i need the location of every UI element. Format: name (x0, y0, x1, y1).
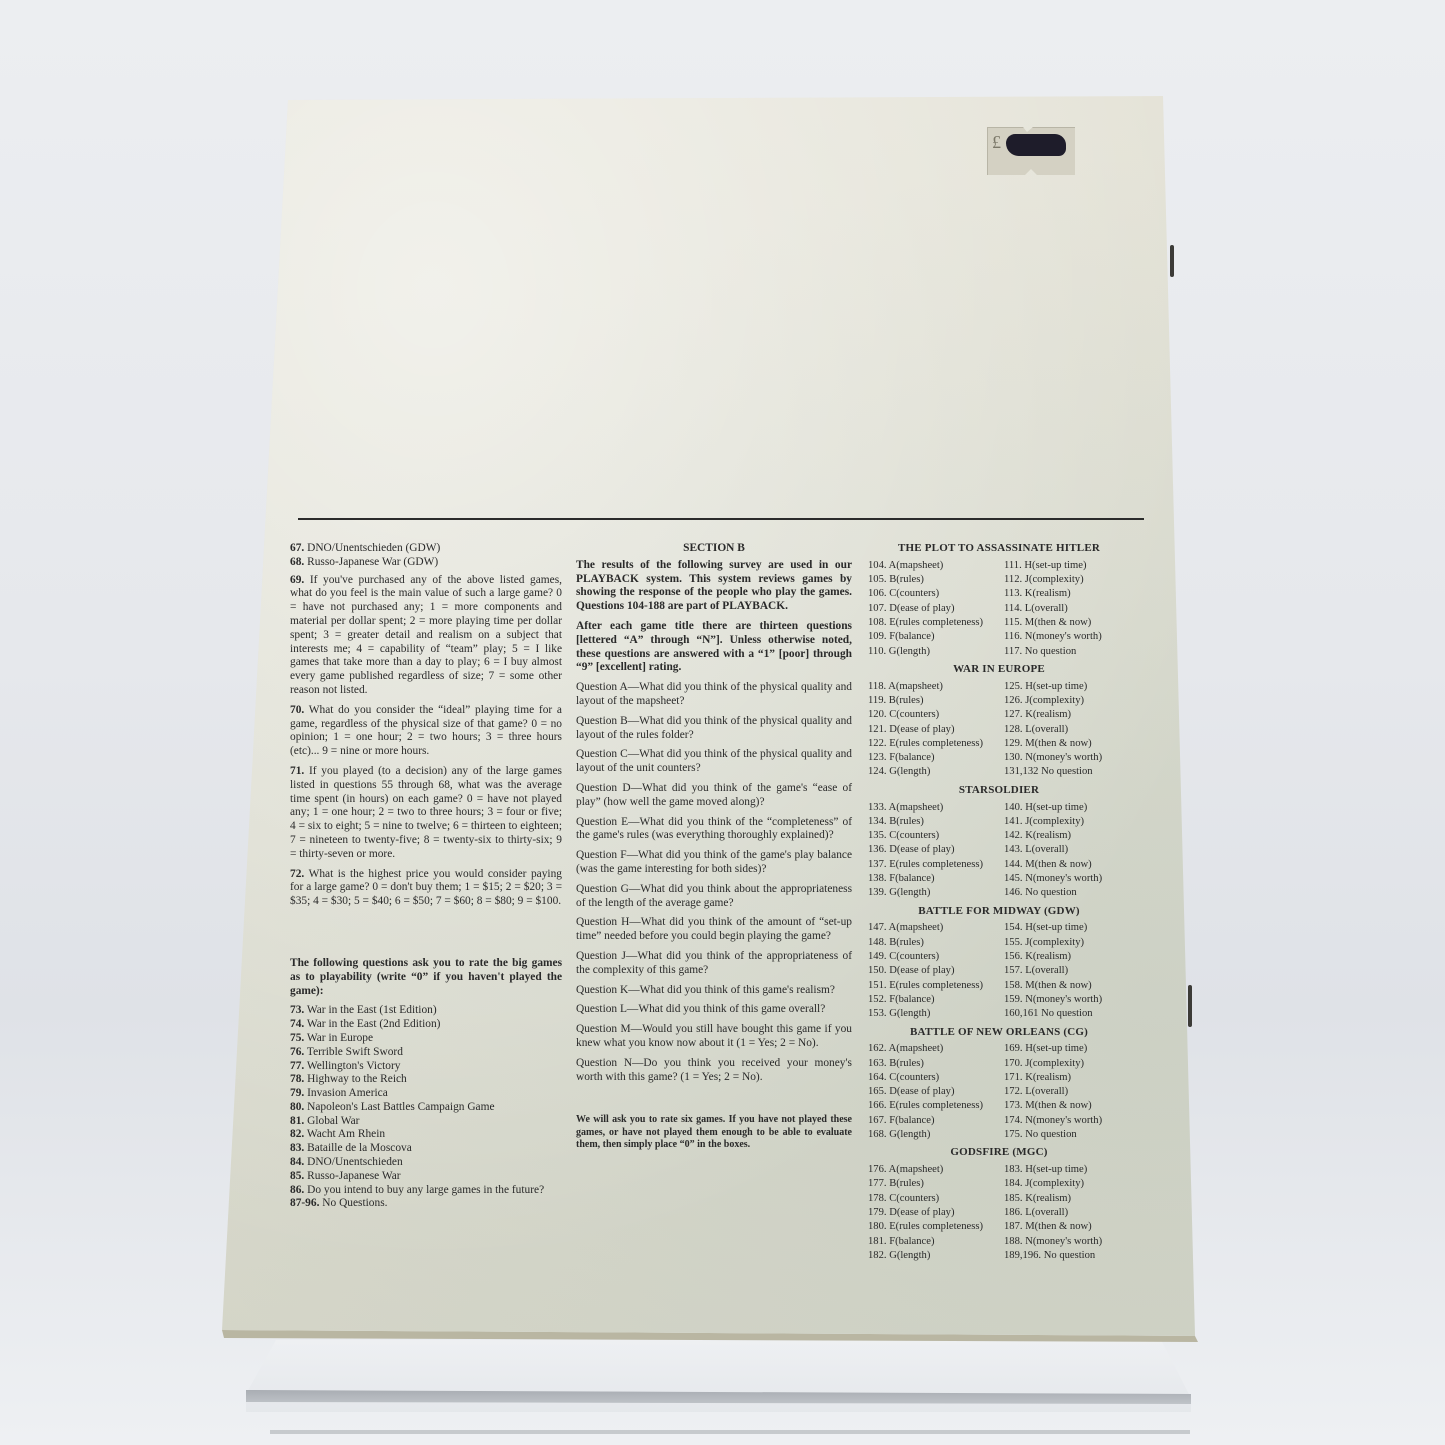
question-cell: 184. J(complexity) (1004, 1177, 1130, 1191)
question-cell: 182. G(length) (868, 1249, 1004, 1263)
list-item: 76. Terrible Swift Sword (290, 1046, 562, 1060)
question-cell: 175. No question (1004, 1128, 1130, 1142)
list-item: 79. Invasion America (290, 1087, 562, 1101)
question-cell: 143. L(overall) (1004, 843, 1130, 857)
question-cell: 137. E(rules completeness) (868, 858, 1004, 872)
question-cell: 121. D(ease of play) (868, 723, 1004, 737)
list-item: 87-96. No Questions. (290, 1197, 562, 1211)
question-cell: 156. K(realism) (1004, 950, 1130, 964)
question-cell: 158. M(then & now) (1004, 979, 1130, 993)
question-cell: 125. H(set-up time) (1004, 680, 1130, 694)
game-block-war-in-europe: WAR IN EUROPE 118. A(mapsheet)125. H(set… (868, 663, 1130, 780)
list-item: 68. Russo-Japanese War (GDW) (290, 556, 562, 570)
list-item: 83. Bataille de la Moscova (290, 1142, 562, 1156)
question-cell: 107. D(ease of play) (868, 602, 1004, 616)
question-cell: 104. A(mapsheet) (868, 559, 1004, 573)
question-cell: 128. L(overall) (1004, 723, 1130, 737)
list-item: 78. Highway to the Reich (290, 1073, 562, 1087)
question-86: 86. Do you intend to buy any large games… (290, 1184, 562, 1198)
list-item: 84. DNO/Unentschieden (290, 1156, 562, 1170)
question-cell: 168. G(length) (868, 1128, 1004, 1142)
question-cell: 153. G(length) (868, 1007, 1004, 1021)
question-cell: 187. M(then & now) (1004, 1220, 1130, 1234)
question-cell: 159. N(money's worth) (1004, 993, 1130, 1007)
question-cell: 185. K(realism) (1004, 1192, 1130, 1206)
question-cell: 110. G(length) (868, 645, 1004, 659)
question-cell: 165. D(ease of play) (868, 1085, 1004, 1099)
question-cell: 127. K(realism) (1004, 708, 1130, 722)
right-column: THE PLOT TO ASSASSINATE HITLER 104. A(ma… (868, 542, 1130, 1263)
game-block-godsfire: GODSFIRE (MGC) 176. A(mapsheet)183. H(se… (868, 1146, 1130, 1263)
question-70: 70. What do you consider the “ideal” pla… (290, 704, 562, 759)
question-cell: 146. No question (1004, 886, 1130, 900)
question-cell: 147. A(mapsheet) (868, 921, 1004, 935)
games-list: 73. War in the East (1st Edition) 74. Wa… (290, 1004, 562, 1211)
question-cell: 130. N(money's worth) (1004, 751, 1130, 765)
question-cell: 150. D(ease of play) (868, 964, 1004, 978)
question-cell: 106. C(counters) (868, 587, 1004, 601)
question-cell: 114. L(overall) (1004, 602, 1130, 616)
question-cell: 117. No question (1004, 645, 1130, 659)
rating-intro: The following questions ask you to rate … (290, 957, 562, 998)
question-j: Question J—What did you think of the app… (576, 950, 852, 978)
question-d: Question D—What did you think of the gam… (576, 782, 852, 810)
question-g: Question G—What did you think about the … (576, 883, 852, 911)
game-title: BATTLE FOR MIDWAY (GDW) (868, 905, 1130, 919)
question-cell: 123. F(balance) (868, 751, 1004, 765)
question-f: Question F—What did you think of the gam… (576, 849, 852, 877)
question-cell: 135. C(counters) (868, 829, 1004, 843)
left-column: 67. DNO/Unentschieden (GDW) 68. Russo-Ja… (290, 542, 562, 1211)
question-cell: 172. L(overall) (1004, 1085, 1130, 1099)
game-block-battle-for-midway: BATTLE FOR MIDWAY (GDW) 147. A(mapsheet)… (868, 905, 1130, 1022)
question-cell: 169. H(set-up time) (1004, 1042, 1130, 1056)
question-cell: 160,161 No question (1004, 1007, 1130, 1021)
section-b-title: SECTION B (576, 542, 852, 556)
section-b-instructions: After each game title there are thirteen… (576, 620, 852, 675)
question-cell: 183. H(set-up time) (1004, 1163, 1130, 1177)
game-block-starsoldier: STARSOLDIER 133. A(mapsheet)140. H(set-u… (868, 784, 1130, 901)
question-k: Question K—What did you think of this ga… (576, 984, 852, 998)
question-cell: 164. C(counters) (868, 1071, 1004, 1085)
question-cell: 163. B(rules) (868, 1057, 1004, 1071)
question-cell: 115. M(then & now) (1004, 616, 1130, 630)
question-cell: 170. J(complexity) (1004, 1057, 1130, 1071)
question-cell: 179. D(ease of play) (868, 1206, 1004, 1220)
question-72: 72. What is the highest price you would … (290, 868, 562, 909)
game-title: STARSOLDIER (868, 784, 1130, 798)
game-block-battle-of-new-orleans: BATTLE OF NEW ORLEANS (CG) 162. A(mapshe… (868, 1026, 1130, 1143)
list-item: 67. DNO/Unentschieden (GDW) (290, 542, 562, 556)
question-cell: 151. E(rules completeness) (868, 979, 1004, 993)
question-cell: 186. L(overall) (1004, 1206, 1130, 1220)
question-cell: 144. M(then & now) (1004, 858, 1130, 872)
question-cell: 133. A(mapsheet) (868, 801, 1004, 815)
pound-sign: £ (992, 132, 1001, 153)
question-cell: 131,132 No question (1004, 765, 1130, 779)
question-cell: 122. E(rules completeness) (868, 737, 1004, 751)
question-cell: 188. N(money's worth) (1004, 1235, 1130, 1249)
question-cell: 139. G(length) (868, 886, 1004, 900)
question-cell: 154. H(set-up time) (1004, 921, 1130, 935)
game-block-plot-hitler: THE PLOT TO ASSASSINATE HITLER 104. A(ma… (868, 542, 1130, 659)
question-cell: 141. J(complexity) (1004, 815, 1130, 829)
question-e: Question E—What did you think of the “co… (576, 816, 852, 844)
staple-top (1170, 245, 1174, 277)
question-c: Question C—What did you think of the phy… (576, 748, 852, 776)
game-title: GODSFIRE (MGC) (868, 1146, 1130, 1160)
question-cell: 124. G(length) (868, 765, 1004, 779)
list-item: 74. War in the East (2nd Edition) (290, 1018, 562, 1032)
question-cell: 142. K(realism) (1004, 829, 1130, 843)
question-cell: 189,196. No question (1004, 1249, 1130, 1263)
staple-bottom (1188, 985, 1192, 1027)
question-cell: 173. M(then & now) (1004, 1099, 1130, 1113)
question-cell: 113. K(realism) (1004, 587, 1130, 601)
stand-shadow (270, 1430, 1190, 1434)
question-cell: 167. F(balance) (868, 1114, 1004, 1128)
question-cell: 145. N(money's worth) (1004, 872, 1130, 886)
list-item: 81. Global War (290, 1115, 562, 1129)
list-item: 73. War in the East (1st Edition) (290, 1004, 562, 1018)
question-cell: 176. A(mapsheet) (868, 1163, 1004, 1177)
question-b: Question B—What did you think of the phy… (576, 715, 852, 743)
question-cell: 134. B(rules) (868, 815, 1004, 829)
question-n: Question N—Do you think you received you… (576, 1057, 852, 1085)
game-title: THE PLOT TO ASSASSINATE HITLER (868, 542, 1130, 556)
question-cell: 177. B(rules) (868, 1177, 1004, 1191)
question-cell: 118. A(mapsheet) (868, 680, 1004, 694)
question-cell: 126. J(complexity) (1004, 694, 1130, 708)
question-cell: 180. E(rules completeness) (868, 1220, 1004, 1234)
price-sticker: £ (987, 127, 1077, 177)
price-redaction-blot (1006, 134, 1066, 156)
question-cell: 149. C(counters) (868, 950, 1004, 964)
question-a: Question A—What did you think of the phy… (576, 681, 852, 709)
question-h: Question H—What did you think of the amo… (576, 916, 852, 944)
question-cell: 140. H(set-up time) (1004, 801, 1130, 815)
question-cell: 108. E(rules completeness) (868, 616, 1004, 630)
question-71: 71. If you played (to a decision) any of… (290, 765, 562, 862)
game-title: WAR IN EUROPE (868, 663, 1130, 677)
question-cell: 174. N(money's worth) (1004, 1114, 1130, 1128)
question-cell: 129. M(then & now) (1004, 737, 1130, 751)
question-cell: 181. F(balance) (868, 1235, 1004, 1249)
question-cell: 112. J(complexity) (1004, 573, 1130, 587)
question-cell: 155. J(complexity) (1004, 936, 1130, 950)
list-item: 77. Wellington's Victory (290, 1060, 562, 1074)
question-cell: 105. B(rules) (868, 573, 1004, 587)
rate-six-games-note: We will ask you to rate six games. If yo… (576, 1114, 852, 1152)
question-cell: 120. C(counters) (868, 708, 1004, 722)
question-69: 69. If you've purchased any of the above… (290, 574, 562, 698)
question-cell: 166. E(rules completeness) (868, 1099, 1004, 1113)
question-cell: 148. B(rules) (868, 936, 1004, 950)
question-l: Question L—What did you think of this ga… (576, 1003, 852, 1017)
question-cell: 162. A(mapsheet) (868, 1042, 1004, 1056)
horizontal-rule (298, 518, 1144, 520)
list-item: 82. Wacht Am Rhein (290, 1128, 562, 1142)
question-cell: 152. F(balance) (868, 993, 1004, 1007)
question-m: Question M—Would you still have bought t… (576, 1023, 852, 1051)
middle-column: SECTION B The results of the following s… (576, 542, 852, 1158)
question-cell: 157. L(overall) (1004, 964, 1130, 978)
list-item: 75. War in Europe (290, 1032, 562, 1046)
question-cell: 111. H(set-up time) (1004, 559, 1130, 573)
question-cell: 109. F(balance) (868, 630, 1004, 644)
game-title: BATTLE OF NEW ORLEANS (CG) (868, 1026, 1130, 1040)
list-item: 85. Russo-Japanese War (290, 1170, 562, 1184)
section-b-intro: The results of the following survey are … (576, 559, 852, 614)
question-cell: 136. D(ease of play) (868, 843, 1004, 857)
question-cell: 178. C(counters) (868, 1192, 1004, 1206)
list-item: 80. Napoleon's Last Battles Campaign Gam… (290, 1101, 562, 1115)
question-cell: 171. K(realism) (1004, 1071, 1130, 1085)
question-cell: 116. N(money's worth) (1004, 630, 1130, 644)
question-cell: 119. B(rules) (868, 694, 1004, 708)
question-cell: 138. F(balance) (868, 872, 1004, 886)
